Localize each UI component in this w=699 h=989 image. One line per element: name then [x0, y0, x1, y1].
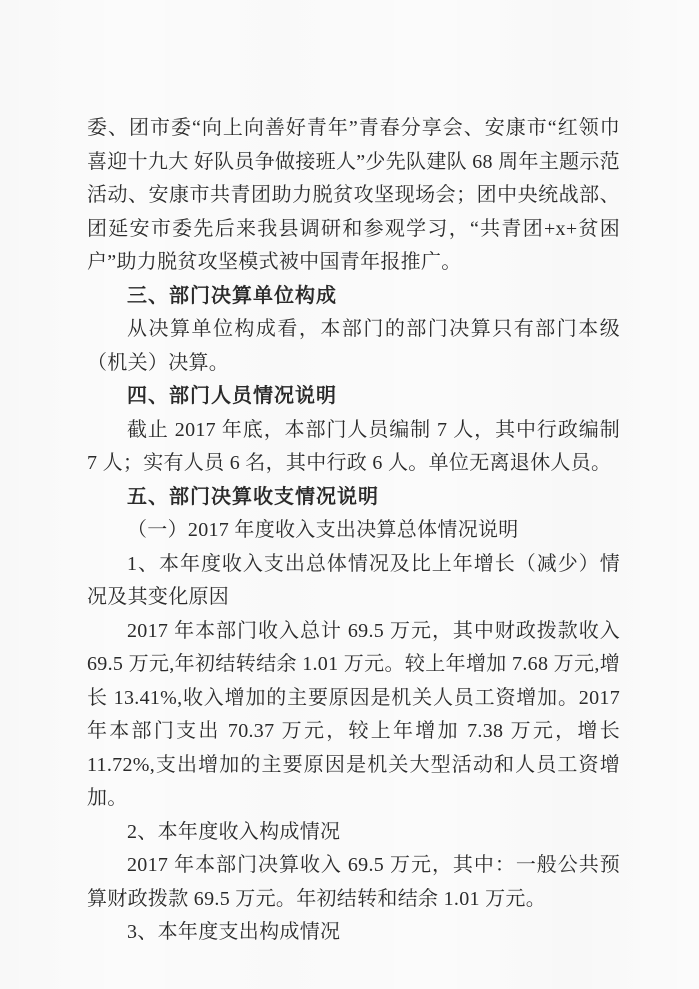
paragraph-personnel-details: 截止 2017 年底，本部门人员编制 7 人，其中行政编制 7 人；实有人员 6… [87, 414, 620, 481]
paragraph-item-3-title: 3、本年度支出构成情况 [87, 916, 620, 950]
paragraph-unit-composition: 从决算单位构成看，本部门的部门决算只有部门本级（机关）决算。 [87, 313, 620, 380]
heading-section-4-personnel: 四、部门人员情况说明 [87, 380, 620, 414]
heading-section-5-budget-final-accounts: 五、部门决算收支情况说明 [87, 481, 620, 515]
paragraph-intro-continuation: 委、团市委“向上向善好青年”青春分享会、安康市“红领巾喜迎十九大 好队员争做接班… [87, 112, 620, 280]
paragraph-item-1-title: 1、本年度收入支出总体情况及比上年增长（减少）情况及其变化原因 [87, 548, 620, 615]
document-body: 委、团市委“向上向善好青年”青春分享会、安康市“红领巾喜迎十九大 好队员争做接班… [87, 112, 620, 950]
subheading-overall-situation: （一）2017 年度收入支出决算总体情况说明 [87, 514, 620, 548]
paragraph-income-expenditure-detail: 2017 年本部门收入总计 69.5 万元，其中财政拨款收入 69.5 万元,年… [87, 615, 620, 816]
document-page: 委、团市委“向上向善好青年”青春分享会、安康市“红领巾喜迎十九大 好队员争做接班… [0, 0, 699, 989]
heading-section-3-unit-composition: 三、部门决算单位构成 [87, 280, 620, 314]
paragraph-item-2-title: 2、本年度收入构成情况 [87, 816, 620, 850]
paragraph-income-composition: 2017 年本部门决算收入 69.5 万元，其中：一般公共预算财政拨款 69.5… [87, 849, 620, 916]
